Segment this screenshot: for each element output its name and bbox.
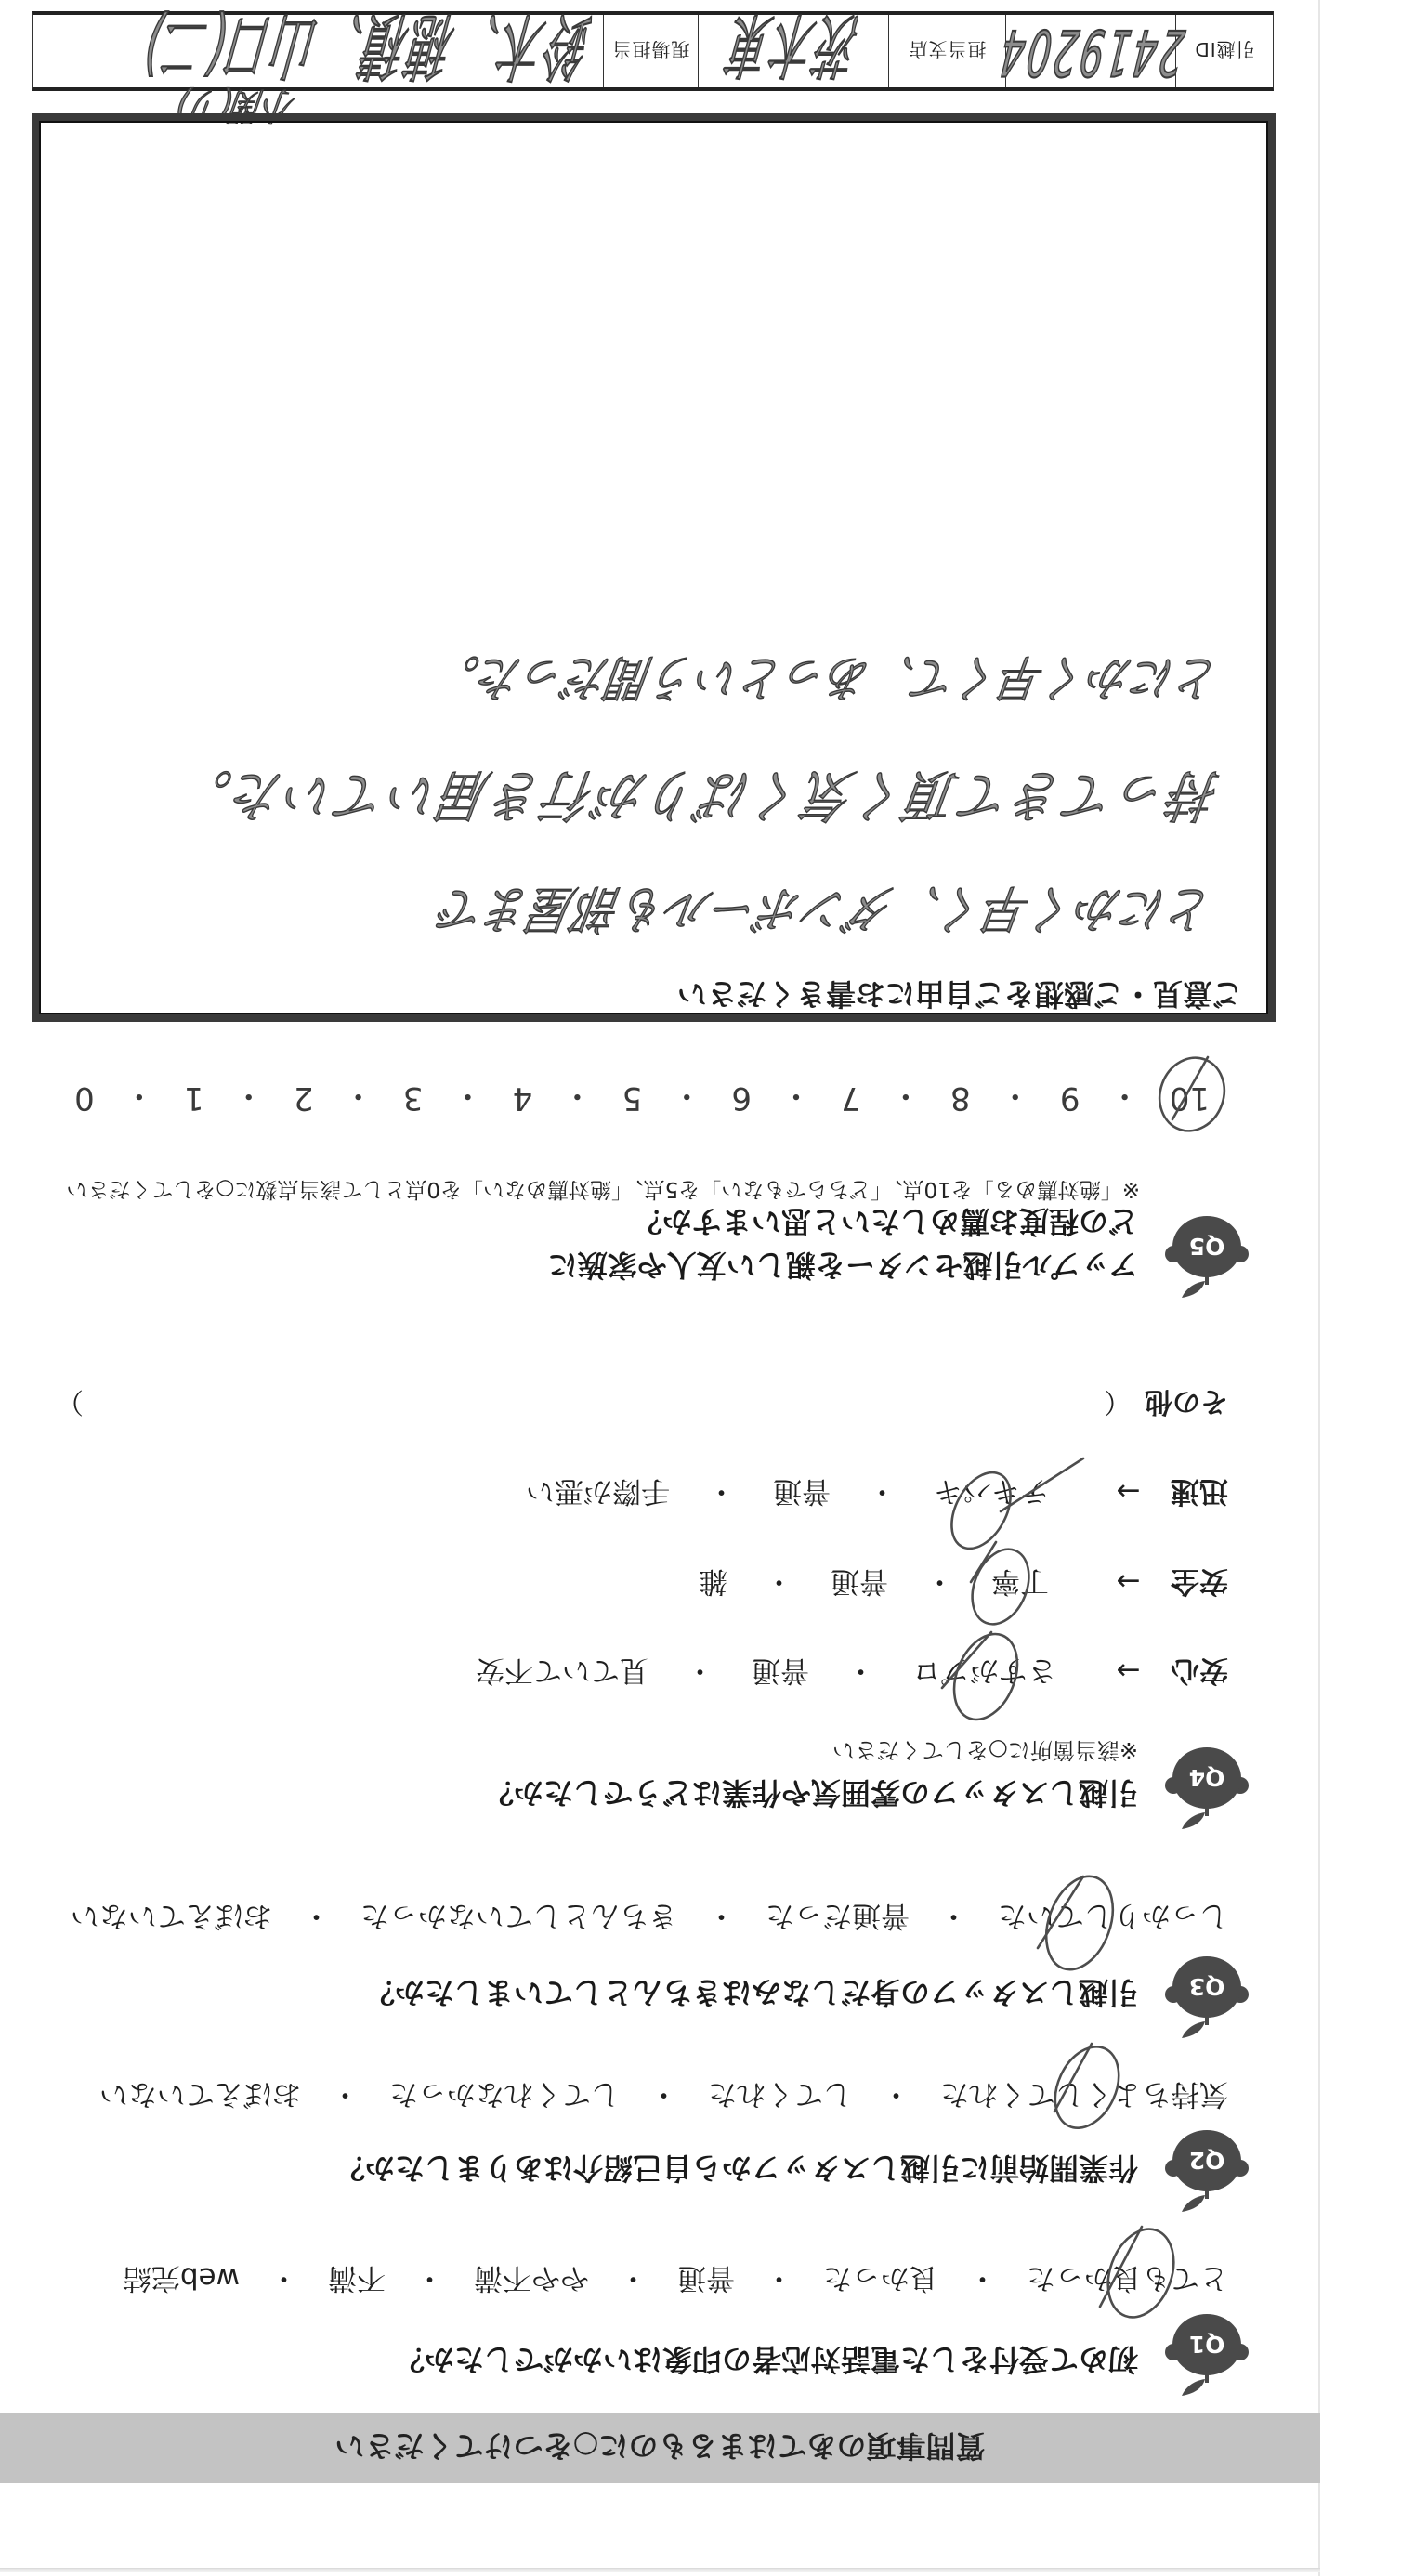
badge-label: Q3 [1189,1973,1225,2000]
q4-speed-option-brisk: テキパキ [934,1472,1049,1510]
apple-badge-icon: Q3 [1165,1955,1249,2041]
move-id-handwriting: 2419204 [994,15,1188,87]
separator-dot: ・ [302,1897,331,1934]
q1-question: 初めて受付をした電話対応者の印象はいかがでしたか？ [37,2343,1138,2376]
q4-other-open-paren: （ [1104,1382,1132,1419]
q2-option-pleasantly: 気持ちよくしてくれた [940,2075,1228,2112]
q2-question: 作業開始前に引越しスタッフから自己紹介はありましたか？ [37,2151,1138,2185]
q4-reassurance-option-normal: 普通 [752,1652,809,1689]
q4-note: ※該当箇所に○をしてください [37,1737,1138,1763]
q1-option-dissatisfied: 不満 [328,2259,386,2296]
instruction-banner: 質問事項のあてはまるものに○をつけてください [0,2413,1320,2483]
staff-value: 鈴木、穂積、山口(二) [33,15,603,87]
apple-badge-icon: Q5 [1165,1215,1249,1301]
separator-dot: ・ [269,2259,298,2296]
q5-recommend-scale: 10 ・ 9 ・ 8 ・ 7 ・ 6 ・ 5 ・ 4 ・ 3 ・ 2 ・ 1 ・… [56,1073,1217,1124]
arrow-right-icon: → [1114,1472,1143,1510]
q4-row-label: 迅速 [1171,1472,1228,1510]
scale-value-7: 7 [841,1080,861,1118]
comment-box: ご意見・ご感想をご自由にお書きください とにかく早く、ダンボールも部屋まで 持っ… [32,113,1276,1022]
separator-dot: ・ [765,2259,793,2296]
q1-option-very-good: とても良かった [1027,2259,1228,2296]
instruction-banner-text: 質問事項のあてはまるものに○をつけてください [335,2426,986,2469]
comment-box-label: ご意見・ご感想をご自由にお書きください [677,977,1242,1011]
handwritten-comment-text: とにかく早く、ダンボールも部屋まで [434,868,1219,948]
handwritten-comment-text: とにかく早くて、あっという間だった。 [428,641,1224,716]
scale-value-8: 8 [950,1080,971,1118]
handwritten-comment-text: 持ってきて頂く気くばりが行き届いていた。 [172,752,1225,837]
move-id-label: 引越ID [1175,15,1273,87]
arrow-right-icon: → [1114,1563,1143,1600]
q4-reassurance-option-pro: さすがプロ [912,1652,1056,1689]
scale-value-9: 9 [1060,1080,1080,1118]
badge-label: Q4 [1189,1764,1225,1791]
separator-dot: ・ [765,1563,793,1600]
separator-dot: ・ [561,1076,593,1121]
q1-option-good: 良かった [823,2259,938,2296]
q3-badge-icon: Q3 [1165,1955,1249,2041]
scale-value-5: 5 [622,1080,642,1118]
q4-other-row: その他 （ ） [56,1382,1228,1419]
q4-badge-icon: Q4 [1165,1746,1249,1832]
q1-badge-icon: Q1 [1165,2313,1249,2399]
q4-safety-option-careful: 丁寧 [991,1563,1049,1600]
separator-dot: ・ [846,1652,875,1689]
apple-badge-icon: Q4 [1165,1746,1249,1832]
separator-dot: ・ [1109,1076,1141,1121]
q4-other-close-paren: ） [56,1382,84,1419]
q3-option-normal: 普通だった [766,1897,910,1934]
q1-options: とても良かった ・ 良かった ・ 普通 ・ やや不満 ・ 不満 ・ web完結 [56,2259,1228,2296]
q3-question: 引越しスタッフの身だしなみはきちんとしていましたか？ [37,1976,1138,2009]
q4-other-label: その他 [1145,1382,1228,1419]
q4-speed-option-clumsy: 手際が悪い [526,1472,670,1510]
q2-option-no: してくれなかった [389,2075,620,2112]
scale-value-2: 2 [294,1080,314,1118]
scale-value-6: 6 [731,1080,752,1118]
q4-question: 引越しスタッフの雰囲気や作業はどうでしたか？ [37,1776,1138,1810]
paper-edge [1318,0,1320,2576]
move-id-value: 2419204 [1005,15,1175,87]
q5-badge-icon: Q5 [1165,1215,1249,1301]
q5-question-line-1: アップル引越センターを親しい友人や家族に [37,1249,1138,1282]
scale-value-0: 0 [74,1080,95,1118]
q2-badge-icon: Q2 [1165,2129,1249,2215]
separator-dot: ・ [868,1472,897,1510]
separator-dot: ・ [890,1076,922,1121]
q3-option-dont-remember: おぼえていない [71,1897,272,1934]
survey-sheet-scan: 引越ID 2419204 担当支店 茨木東 現場担当 鈴木、穂積、山口(二) 小… [0,0,1401,2576]
separator-dot: ・ [649,2075,678,2112]
separator-dot: ・ [925,1563,954,1600]
scale-value-3: 3 [403,1080,424,1118]
q4-row-safety: 安全 → 丁寧 ・ 普通 ・ 雑 [409,1563,1228,1600]
separator-dot: ・ [686,1652,714,1689]
separator-dot: ・ [452,1076,483,1121]
separator-dot: ・ [707,1897,736,1934]
q5-question-line-2: どの程度お薦めしたいと思いますか？ [37,1205,1138,1238]
separator-dot: ・ [331,2075,360,2112]
branch-label: 担当支店 [888,15,1005,87]
apple-badge-icon: Q1 [1165,2313,1249,2399]
badge-label: Q2 [1189,2147,1225,2174]
badge-label: Q1 [1189,2331,1225,2358]
staff-label: 現場担当 [603,15,698,87]
q1-option-somewhat-dissatisfied: やや不満 [474,2259,589,2296]
q4-reassurance-option-anxious: 見ていて不安 [476,1652,648,1689]
separator-dot: ・ [415,2259,444,2296]
q1-option-web-complete: web完結 [123,2259,240,2296]
separator-dot: ・ [619,2259,648,2296]
apple-badge-icon: Q2 [1165,2129,1249,2215]
separator-dot: ・ [343,1076,374,1121]
separator-dot: ・ [780,1076,812,1121]
branch-value: 茨木東 [698,15,888,87]
arrow-right-icon: → [1114,1652,1143,1689]
q4-safety-option-normal: 普通 [831,1563,888,1600]
separator-dot: ・ [671,1076,702,1121]
q3-options: しっかりしていた ・ 普通だった ・ きちんとしていなかった ・ おぼえていない [56,1897,1228,1934]
handwritten-comment-line-2: 持ってきて頂く気くばりが行き届いていた。 [178,757,1219,831]
q5-note: ※「絶対薦める」を10点、「どちらでもない」を5点、「絶対薦めない」を0点として… [37,1176,1140,1202]
q4-row-label: 安全 [1171,1563,1228,1600]
paper-bottom-shadow [0,2568,1320,2572]
q2-option-dont-remember: おぼえていない [99,2075,301,2112]
scale-value-4: 4 [513,1080,533,1118]
header-table: 引越ID 2419204 担当支店 茨木東 現場担当 鈴木、穂積、山口(二) [32,11,1274,91]
separator-dot: ・ [707,1472,736,1510]
q3-option-untidy: きちんとしていなかった [360,1897,677,1934]
separator-dot: ・ [124,1076,155,1121]
scale-value-1: 1 [184,1080,204,1118]
handwritten-comment-line-1: とにかく早く、ダンボールも部屋まで [439,873,1212,943]
separator-dot: ・ [939,1897,968,1934]
q3-option-neat: しっかりしていた [998,1897,1228,1934]
q4-row-label: 安心 [1171,1652,1228,1689]
q4-speed-option-normal: 普通 [773,1472,831,1510]
scale-value-10: 10 [1170,1080,1210,1118]
badge-label: Q5 [1189,1233,1225,1260]
q4-safety-option-rough: 雑 [699,1563,727,1600]
separator-dot: ・ [882,2075,910,2112]
separator-dot: ・ [1000,1076,1031,1121]
handwritten-comment-line-3: とにかく早くて、あっという間だった。 [434,646,1219,711]
q2-options: 気持ちよくしてくれた ・ してくれた ・ してくれなかった ・ おぼえていない [56,2075,1228,2112]
q2-option-yes: してくれた [708,2075,852,2112]
branch-handwriting: 茨木東 [722,1,866,102]
q4-row-reassurance: 安心 → さすがプロ ・ 普通 ・ 見ていて不安 [409,1652,1228,1689]
q1-option-normal: 普通 [677,2259,735,2296]
separator-dot: ・ [233,1076,265,1121]
separator-dot: ・ [968,2259,997,2296]
q4-row-speed: 迅速 → テキパキ ・ 普通 ・ 手際が悪い [409,1472,1228,1510]
